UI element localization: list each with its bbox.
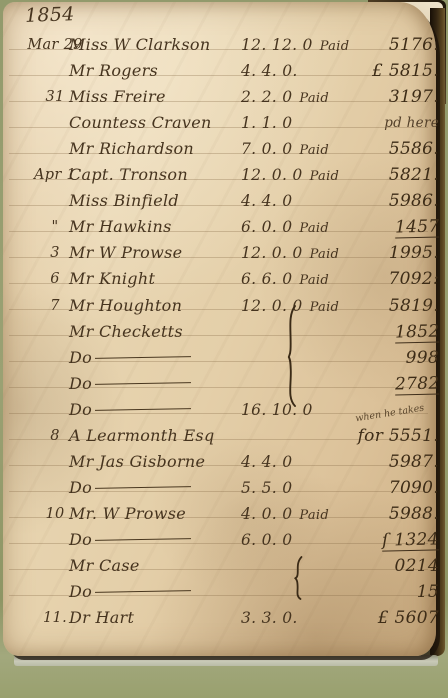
entry-amount-value: 12. 0. 0 (241, 166, 303, 184)
ledger-row: Do 6. 0. 0 ſ 1324 (11, 527, 431, 553)
ledger-row: 10 Mr. W Prowse 4. 0. 0Paid 5988. (11, 501, 431, 527)
entry-amount: 12. 0. 0Paid (241, 240, 339, 268)
entry-name: Capt. Tronson (69, 162, 188, 188)
entry-number: 5819. (341, 293, 443, 319)
entry-amount-value: 3. 3. 0. (241, 609, 298, 627)
entry-amount-value: 16. 10. 0 (241, 401, 313, 419)
ledger-row: 6 Mr Knight 6. 6. 0Paid 7092: (11, 266, 431, 292)
entry-number-value: 5176. (389, 35, 439, 55)
entry-amount-value: 12. 0. 0 (241, 297, 303, 315)
ledger-row: Do 15 (11, 579, 431, 605)
entry-paid-status: Paid (299, 143, 329, 158)
entry-number: for 5551. (341, 423, 443, 449)
entry-amount-value: 4. 4. 0 (241, 192, 292, 210)
entry-number-value: 5821. (389, 165, 439, 185)
entry-number-value: 5819. (389, 296, 439, 316)
entry-name: A Learmonth Esq (69, 423, 214, 449)
entry-amount (241, 553, 248, 581)
entry-number: 1852 (341, 319, 443, 345)
year-heading: 1854 (25, 3, 75, 27)
entry-number: 2782 (341, 371, 443, 397)
entry-number-value: £ 5815. (372, 61, 439, 81)
entry-name: Do (69, 397, 191, 423)
entry-number-value: 1995. (389, 243, 439, 263)
entry-paid-status: Paid (310, 247, 340, 262)
entry-number: 5586. (341, 136, 443, 162)
entry-amount: 5. 5. 0 (241, 475, 299, 503)
ledger-paper: 1854 Mar 29 Miss W Clarkson 12. 12. 0Pai… (3, 2, 436, 656)
entry-paid-status: Paid (299, 221, 329, 236)
ledger-row: 31 Miss Freire 2. 2. 0Paid 3197. (11, 84, 431, 110)
entry-name: Miss Freire (69, 84, 166, 110)
entry-name: Miss Binfield (69, 188, 179, 214)
ledger-row: Mr Jas Gisborne 4. 4. 0 5987. (11, 449, 431, 475)
entry-amount: 7. 0. 0Paid (241, 136, 329, 164)
ledger-row: 3 Mr W Prowse 12. 0. 0Paid 1995. (11, 240, 431, 266)
entry-amount-value: 12. 12. 0 (241, 36, 313, 54)
entry-amount-value: 4. 4. 0 (241, 453, 292, 471)
entry-number-value: 3197. (389, 87, 439, 107)
entry-paid-status: Paid (299, 508, 329, 523)
entry-paid-status: Paid (299, 91, 329, 106)
entry-number: 5988. (341, 501, 443, 527)
entry-number: 1457 (341, 214, 443, 240)
entry-name: Miss W Clarkson (69, 32, 210, 58)
entry-amount (241, 579, 248, 607)
entry-amount: 6. 0. 0 (241, 527, 299, 555)
entry-amount-value: 7. 0. 0 (241, 140, 292, 158)
entry-number-value: £ 5607 (378, 608, 439, 628)
entry-number-value: ſ 1324 (382, 529, 439, 551)
entry-name: Dr Hart (69, 605, 134, 631)
ledger-row: Countess Craven 1. 1. 0 pd here (11, 110, 431, 136)
entry-amount-value: 12. 0. 0 (241, 244, 303, 262)
entry-name: Countess Craven (69, 110, 212, 136)
entry-number: 5986. (341, 188, 443, 214)
entry-amount: 16. 10. 0 (241, 397, 320, 425)
entry-name: Do (69, 345, 191, 371)
entry-number-value: 5987. (389, 452, 439, 472)
entry-amount: 12. 0. 0Paid (241, 162, 339, 190)
entry-number-value: 7090. (389, 478, 439, 498)
ledger-row: Apr 1 Capt. Tronson 12. 0. 0Paid 5821. (11, 162, 431, 188)
entry-name: Mr Knight (69, 266, 155, 292)
ledger-row: 8 A Learmonth Esq for 5551. (11, 423, 431, 449)
entry-amount: 4. 4. 0 (241, 188, 299, 216)
entry-number-value: 5988. (389, 504, 439, 524)
entry-name: Mr Richardson (69, 136, 194, 162)
ledger-row: Do 998 (11, 345, 431, 371)
entry-name: Do (69, 475, 191, 501)
entry-number: ſ 1324 (341, 527, 443, 553)
entry-amount: 4. 4. 0. (241, 58, 305, 86)
entry-number: 0214 (341, 553, 443, 579)
ledger-row: Mr Richardson 7. 0. 0Paid 5586. (11, 136, 431, 162)
ledger-row: Mr Case 0214 (11, 553, 431, 579)
entry-number: 5821. (341, 162, 443, 188)
entry-amount: 6. 0. 0Paid (241, 214, 329, 242)
ledger-row: Mr Checketts 1852 (11, 319, 431, 345)
ledger-page: 1854 Mar 29 Miss W Clarkson 12. 12. 0Pai… (0, 0, 448, 698)
entry-name: Mr Rogers (69, 58, 158, 84)
entry-number-value: 15 (417, 582, 439, 602)
entry-amount (241, 423, 248, 451)
entry-amount-value: 2. 2. 0 (241, 88, 292, 106)
entry-paid-status: Paid (299, 273, 329, 288)
entry-number-value: 1457 (394, 217, 439, 239)
ledger-row: Miss Binfield 4. 4. 0 5986. (11, 188, 431, 214)
entry-amount-value: 4. 0. 0 (241, 505, 292, 523)
entry-paid-status: Paid (310, 300, 340, 315)
entry-number-value: 5986. (389, 191, 439, 211)
entry-amount-value: 6. 0. 0 (241, 531, 292, 549)
entry-amount: 12. 12. 0Paid (241, 32, 349, 60)
entry-amount (241, 345, 248, 373)
entry-name: Do (69, 371, 191, 397)
entry-amount (241, 319, 248, 347)
ledger-row: Do 5. 5. 0 7090. (11, 475, 431, 501)
entry-number: 5987. (341, 449, 443, 475)
entry-name: Mr Jas Gisborne (69, 449, 205, 475)
entry-number: 7092: (341, 266, 443, 292)
entry-amount: 3. 3. 0. (241, 605, 305, 633)
ledger-row: 7 Mr Houghton 12. 0. 0Paid 5819. (11, 293, 431, 319)
entry-amount-value: 6. 6. 0 (241, 270, 292, 288)
entry-amount-value: 1. 1. 0 (241, 114, 292, 132)
entry-number: pd here (341, 110, 448, 136)
entry-amount-value: 4. 4. 0. (241, 62, 298, 80)
entry-amount: 4. 0. 0Paid (241, 501, 329, 529)
entry-amount: 1. 1. 0 (241, 110, 299, 138)
entry-name: Mr. W Prowse (69, 501, 186, 527)
page-bottom-edge (14, 655, 438, 666)
entry-number-value: 998 (406, 348, 439, 368)
entry-amount: 12. 0. 0Paid (241, 293, 339, 321)
entry-number-value: 7092: (389, 269, 440, 289)
entry-number-value: 2782 (394, 373, 439, 395)
entry-number: 7090. (341, 475, 443, 501)
ledger-row: Do 2782 (11, 371, 431, 397)
entry-amount-value: 6. 0. 0 (241, 218, 292, 236)
ledger-row: Mar 29 Miss W Clarkson 12. 12. 0Paid 517… (11, 32, 431, 58)
entry-number-value: pd here (384, 115, 439, 131)
entry-number: 15 (341, 579, 443, 605)
entry-number: 998 (341, 345, 443, 371)
entry-amount-value: 5. 5. 0 (241, 479, 292, 497)
entry-name: Mr Hawkins (69, 214, 172, 240)
entry-number: 5176. (341, 32, 443, 58)
ledger-row: 11. Dr Hart 3. 3. 0. £ 5607 (11, 605, 431, 631)
entry-number-value: 0214 (395, 556, 439, 576)
entry-name: Mr W Prowse (69, 240, 182, 266)
ledger-row: Mr Rogers 4. 4. 0. £ 5815. (11, 58, 431, 84)
entry-number-value: 1852 (394, 321, 439, 343)
entry-amount: 4. 4. 0 (241, 449, 299, 477)
ledger-row: " Mr Hawkins 6. 0. 0Paid 1457 (11, 214, 431, 240)
entry-name: Mr Houghton (69, 293, 182, 319)
entry-number: 3197. (341, 84, 443, 110)
entry-amount: 2. 2. 0Paid (241, 84, 329, 112)
entry-name: Do (69, 527, 191, 553)
entry-number: 1995. (341, 240, 443, 266)
entry-name: Do (69, 579, 191, 605)
entry-number-value: for 5551. (358, 426, 439, 446)
entry-paid-status: Paid (310, 169, 340, 184)
entry-name: Mr Checketts (69, 319, 183, 345)
entry-amount (241, 371, 248, 399)
entry-number: £ 5815. (341, 58, 443, 84)
entry-amount: 6. 6. 0Paid (241, 266, 329, 294)
entry-name: Mr Case (69, 553, 140, 579)
entry-number: £ 5607 (341, 605, 443, 631)
entry-number-value: 5586. (389, 139, 439, 159)
